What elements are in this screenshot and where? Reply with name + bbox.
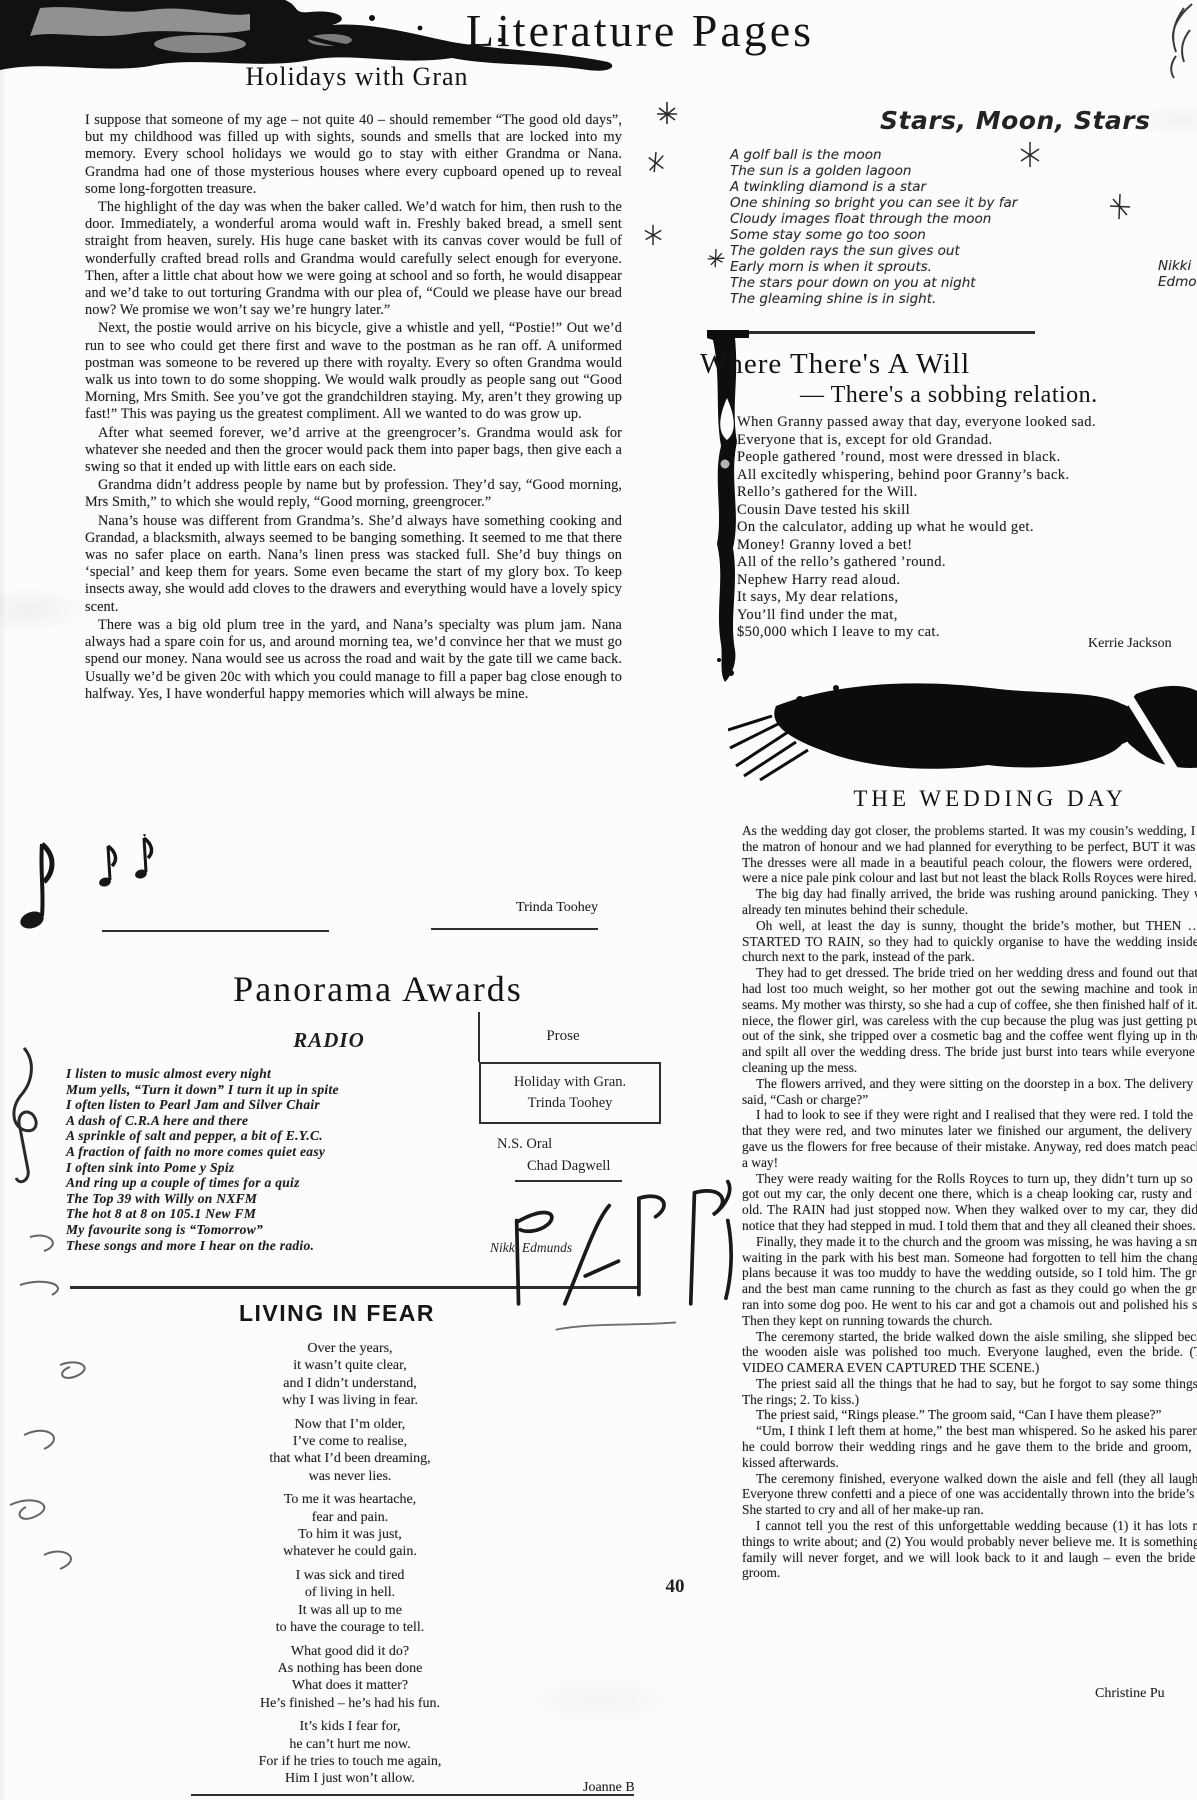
stars-title: Stars, Moon, Stars	[880, 106, 1180, 135]
holidays-author: Trinda Toohey	[85, 900, 598, 916]
fear-stanza: It’s kids I fear for, he can’t hurt me n…	[130, 1718, 570, 1788]
star-sketch-icon	[655, 100, 679, 128]
star-sketch-icon	[706, 247, 726, 271]
holidays-paragraph: Grandma didn’t address people by name bu…	[85, 477, 622, 511]
holidays-paragraph: I suppose that someone of my age – not q…	[85, 112, 622, 198]
wedding-paragraph: The priest said all the things that he h…	[742, 1376, 1197, 1408]
divider	[478, 1012, 480, 1062]
radio-heading: RADIO	[239, 1028, 419, 1053]
wedding-paragraph: Finally, they made it to the church and …	[742, 1234, 1197, 1329]
pen-doodle-icon	[500, 1160, 750, 1355]
holidays-paragraph: The highlight of the day was when the ba…	[85, 199, 622, 319]
page-number: 40	[650, 1576, 700, 1598]
wedding-paragraph: The ceremony finished, everyone walked d…	[742, 1471, 1197, 1518]
prose-winner-author: Trinda Toohey	[481, 1093, 659, 1114]
fear-poem: Over the years, it wasn’t quite clear, a…	[130, 1340, 570, 1794]
holidays-article: I suppose that someone of my age – not q…	[85, 112, 622, 704]
wedding-paragraph: The flowers arrived, and they were sitti…	[742, 1076, 1197, 1108]
literature-page: Literature Pages Holidays with Gran I su…	[0, 0, 1197, 1800]
margin-scribble-icon	[0, 1225, 120, 1575]
fear-stanza: What good did it do? As nothing has been…	[130, 1643, 570, 1713]
fear-stanza: To me it was heartache, fear and pain. T…	[130, 1491, 570, 1561]
music-notes-icon	[84, 834, 189, 900]
divider	[431, 928, 598, 930]
wedding-paragraph: Oh well, at least the day is sunny, thou…	[742, 918, 1197, 965]
fear-stanza: I was sick and tired of living in hell. …	[130, 1567, 570, 1637]
holidays-paragraph: Next, the postie would arrive on his bic…	[85, 320, 622, 423]
will-author: Kerrie Jackson	[1088, 636, 1197, 652]
wedding-author: Christine Pu	[1095, 1686, 1197, 1702]
star-sketch-icon	[1018, 140, 1042, 170]
holidays-paragraph: There was a big old plum tree in the yar…	[85, 617, 622, 703]
wedding-paragraph: They had to get dressed. The bride tried…	[742, 965, 1197, 1076]
wedding-paragraph: The big day had finally arrived, the bri…	[742, 886, 1197, 918]
wedding-paragraph: I cannot tell you the rest of this unfor…	[742, 1518, 1197, 1581]
music-note-icon	[2, 838, 60, 938]
wedding-paragraph: The priest said, “Rings please.” The gro…	[742, 1407, 1197, 1423]
fear-stanza: Now that I’m older, I’ve come to realise…	[130, 1416, 570, 1486]
wedding-paragraph: “Um, I think I left them at home,” the b…	[742, 1423, 1197, 1470]
corner-scribble-icon	[1140, 0, 1197, 80]
fear-title: LIVING IN FEAR	[207, 1300, 467, 1327]
treble-clef-icon	[2, 1040, 46, 1190]
wedding-paragraph: As the wedding day got closer, the probl…	[742, 823, 1197, 886]
wedding-article: As the wedding day got closer, the probl…	[742, 823, 1197, 1581]
divider	[191, 1794, 634, 1796]
prose-heading: Prose	[498, 1028, 628, 1045]
star-sketch-icon	[642, 222, 664, 248]
prose-winner-box: Holiday with Gran. Trinda Toohey	[479, 1062, 661, 1124]
ink-splash-icon	[728, 674, 1197, 784]
holidays-paragraph: Nana’s house was different from Grandma’…	[85, 513, 622, 616]
prose-winner-title: Holiday with Gran.	[481, 1072, 659, 1093]
divider	[102, 930, 329, 932]
prose-oral-category: N.S. Oral	[497, 1136, 647, 1153]
holidays-paragraph: After what seemed forever, we’d arrive a…	[85, 425, 622, 477]
holidays-title: Holidays with Gran	[227, 62, 487, 92]
star-sketch-icon	[645, 150, 667, 176]
wedding-title: THE WEDDING DAY	[835, 786, 1145, 812]
radio-poem: I listen to music almost every night Mum…	[66, 1066, 486, 1253]
panorama-title: Panorama Awards	[203, 968, 553, 1010]
divider	[745, 331, 1035, 334]
wedding-paragraph: The ceremony started, the bride walked d…	[742, 1329, 1197, 1376]
stars-poem: A golf ball is the moon The sun is a gol…	[730, 147, 1070, 307]
wedding-paragraph: They were ready waiting for the Rolls Ro…	[742, 1171, 1197, 1234]
will-subtitle: — There's a sobbing relation.	[800, 382, 1197, 409]
will-title: Where There's A Will	[700, 348, 1120, 381]
will-poem: When Granny passed away that day, everyo…	[737, 414, 1197, 642]
page-title: Literature Pages	[390, 4, 890, 57]
stars-author: Nikki Edmonds	[1158, 258, 1197, 290]
star-sketch-icon	[1108, 192, 1132, 222]
wedding-paragraph: I had to look to see if they were right …	[742, 1107, 1197, 1170]
